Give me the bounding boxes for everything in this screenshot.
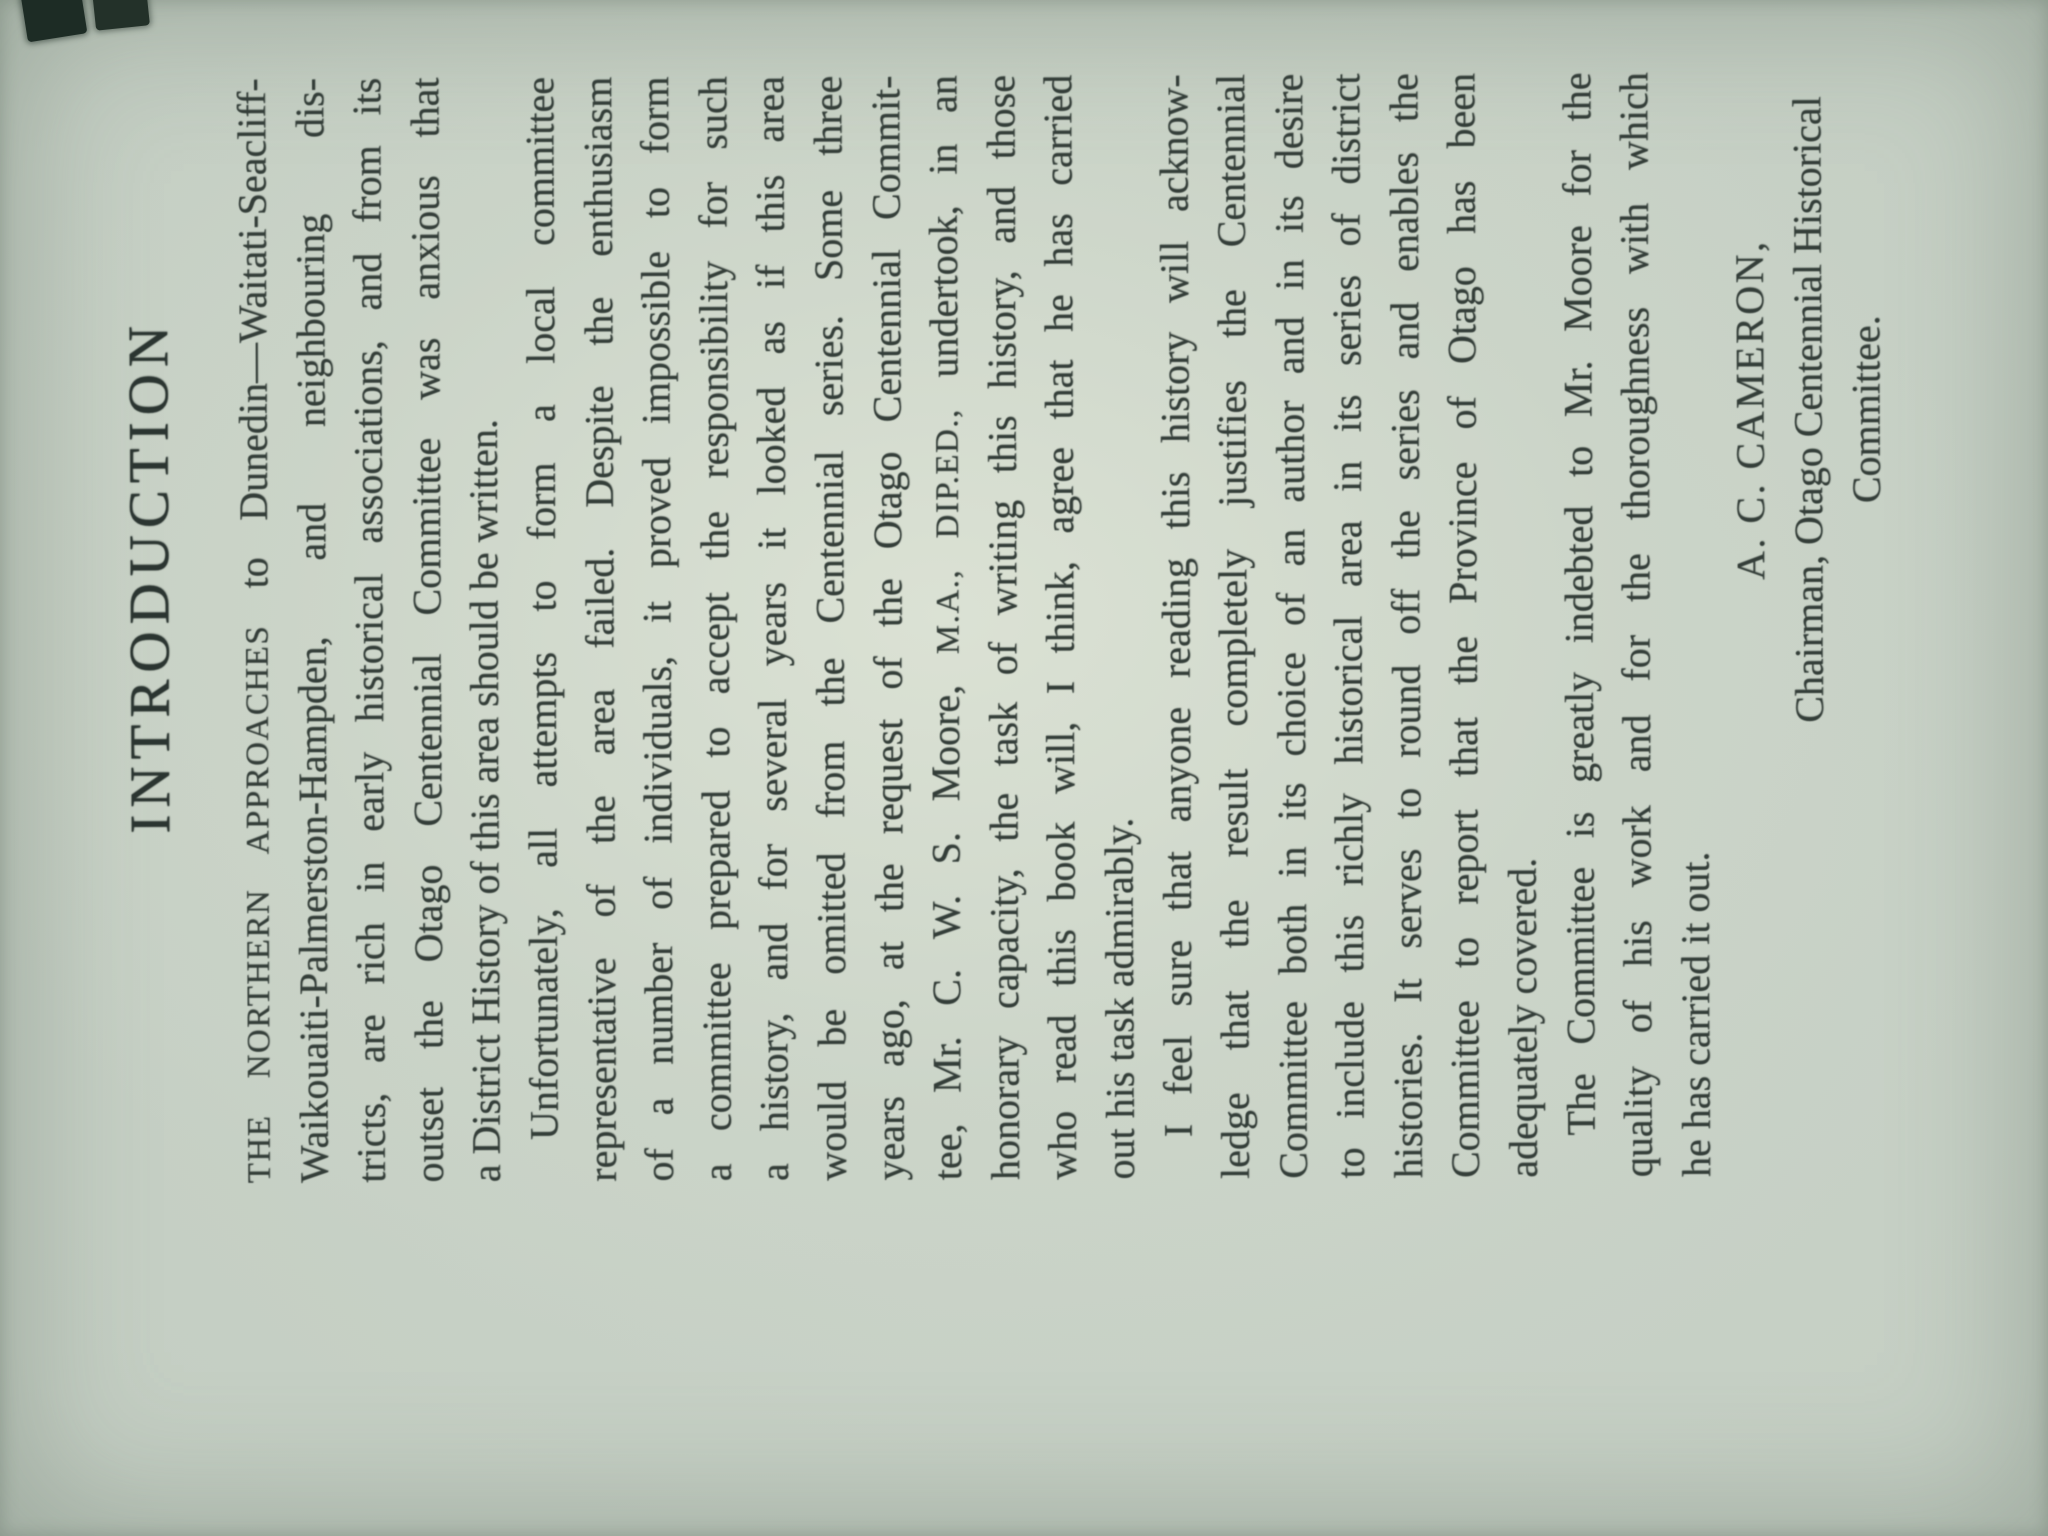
text-line: years ago, at the request of the Otago C… [857,75,919,1180]
small-caps-lead: THE NORTHERN APPROACHES [239,625,277,1184]
text-block: INTRODUCTION THE NORTHERN APPROACHES to … [0,79,2,1184]
text-line: tee, Mr. C. W. S. Moore, M.A., DIP.ED., … [914,75,976,1180]
text-line-rest: to Dunedin—Waitati-Seacliff- [229,78,276,625]
text-line: a committee prepared to accept the respo… [684,76,746,1181]
text-line: who read this book will, I think, agree … [1029,75,1091,1180]
text-line: of a number of individuals, it proved im… [626,76,688,1181]
book-page: INTRODUCTION THE NORTHERN APPROACHES to … [0,0,2048,1536]
signature-role-line-1: Chairman, Otago Centennial Historical [1778,89,1838,729]
body-text: THE NORTHERN APPROACHES to Dunedin—Waita… [223,71,1898,1183]
text-line-post: undertook, in an [920,75,966,408]
text-line: adequately covered. [1490,73,1552,1178]
text-line: histories. It serves to round off the se… [1375,73,1437,1178]
text-line: quality of his work and for the thorough… [1605,72,1667,1177]
text-line: outset the Otago Centennial Committee wa… [396,77,458,1182]
text-line: I feel sure that anyone reading this his… [1144,74,1206,1179]
signature-name: A. C. CAMERON, [1720,90,1780,730]
text-line: Unfortunately, all attempts to form a lo… [511,77,573,1182]
book-page-photo: INTRODUCTION THE NORTHERN APPROACHES to … [0,0,2048,1536]
text-line: out his task admirably. [1087,74,1149,1179]
paragraph-4: The Committee is greatly indebted to Mr.… [1548,72,1726,1178]
text-line: would be omitted from the Centennial ser… [799,76,861,1181]
page-title: INTRODUCTION [103,24,198,1129]
paragraph-3: I feel sure that anyone reading this his… [1144,73,1552,1180]
text-line-pre: tee, Mr. C. W. S. Moore, [923,654,970,1180]
signature-block: A. C. CAMERON, Chairman, Otago Centennia… [1720,89,1896,730]
text-line: he has carried it out. [1663,72,1725,1177]
text-line: honorary capacity, the task of writing t… [972,75,1034,1180]
text-line: Committee to report that the Province of… [1432,73,1494,1178]
text-line: tricts, are rich in early historical ass… [338,78,400,1183]
text-line: Waikouaiti-Palmerston-Hampden, and neigh… [281,78,343,1183]
text-line: representative of the area failed. Despi… [569,77,631,1182]
text-line: The Committee is greatly indebted to Mr.… [1548,72,1610,1177]
text-line: a District History of this area should b… [453,77,515,1182]
signature-role-line-2: Committee. [1836,89,1896,729]
text-line: ledge that the result completely justifi… [1202,74,1264,1179]
text-line: Committee both in its choice of an autho… [1260,74,1322,1179]
paragraph-2: Unfortunately, all attempts to form a lo… [511,74,1149,1182]
text-line: to include this richly historical area i… [1317,73,1379,1178]
paragraph-1: THE NORTHERN APPROACHES to Dunedin—Waita… [223,77,516,1183]
small-caps-degrees: M.A., DIP.ED., [930,408,967,654]
text-line: a history, and for several years it look… [741,76,803,1181]
text-line: THE NORTHERN APPROACHES to Dunedin—Waita… [223,78,285,1183]
